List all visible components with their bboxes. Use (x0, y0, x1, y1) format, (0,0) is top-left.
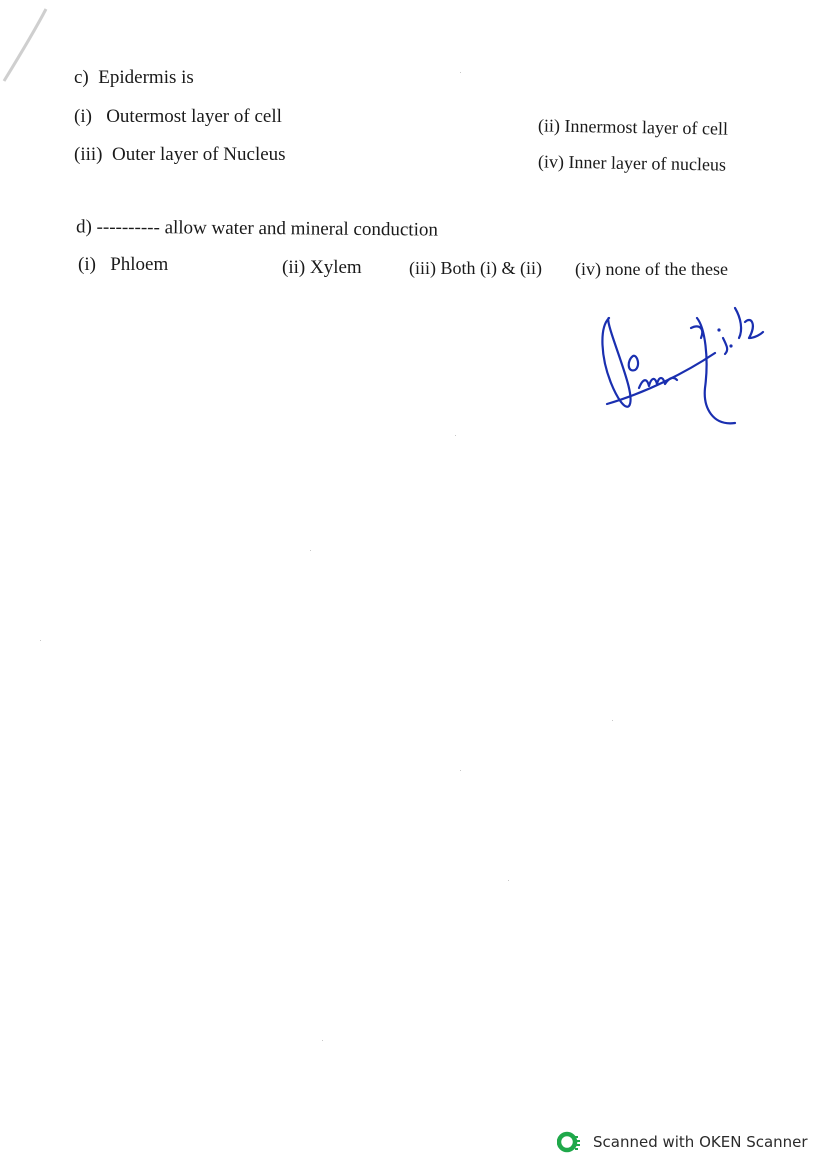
option-c-i: (i) Outermost layer of cell (74, 106, 282, 128)
question-c-label: c) (74, 67, 89, 88)
option-c-iii: (iii) Outer layer of Nucleus (74, 144, 286, 166)
option-number: (ii) (282, 257, 305, 278)
watermark-text: Scanned with OKEN Scanner (593, 1133, 808, 1151)
option-number: (iv) (538, 151, 564, 171)
question-c-stem: Epidermis is (98, 67, 194, 88)
option-d-iii: (iii) Both (i) & (ii) (409, 258, 542, 279)
scanner-watermark: Scanned with OKEN Scanner (557, 1131, 808, 1153)
option-text: Both (i) & (ii) (441, 258, 543, 278)
option-number: (i) (74, 106, 92, 127)
question-d: d) ---------- allow water and mineral co… (76, 216, 438, 241)
option-text: Phloem (110, 254, 168, 275)
option-text: Outer layer of Nucleus (112, 144, 286, 165)
scan-edge-mark (0, 5, 50, 85)
question-d-blank: ---------- (96, 217, 159, 239)
question-c: c) Epidermis is (74, 67, 194, 89)
option-number: (ii) (538, 115, 560, 135)
option-d-ii: (ii) Xylem (282, 257, 362, 279)
option-c-ii: (ii) Innermost layer of cell (538, 115, 728, 139)
option-text: Outermost layer of cell (106, 106, 282, 127)
question-d-label: d) (76, 216, 92, 237)
option-text: Inner layer of nucleus (568, 152, 726, 175)
option-text: Xylem (310, 257, 362, 278)
signature (595, 298, 765, 433)
option-text: Innermost layer of cell (564, 116, 728, 139)
question-d-stem: allow water and mineral conduction (165, 217, 438, 240)
option-d-iv: (iv) none of the these (575, 259, 728, 280)
option-number: (iii) (409, 258, 436, 278)
option-text: none of the these (606, 259, 728, 279)
option-number: (i) (78, 254, 96, 275)
option-c-iv: (iv) Inner layer of nucleus (538, 151, 726, 175)
option-number: (iv) (575, 259, 601, 279)
option-d-i: (i) Phloem (78, 254, 168, 276)
oken-scanner-logo-icon (557, 1131, 583, 1153)
option-number: (iii) (74, 144, 103, 165)
